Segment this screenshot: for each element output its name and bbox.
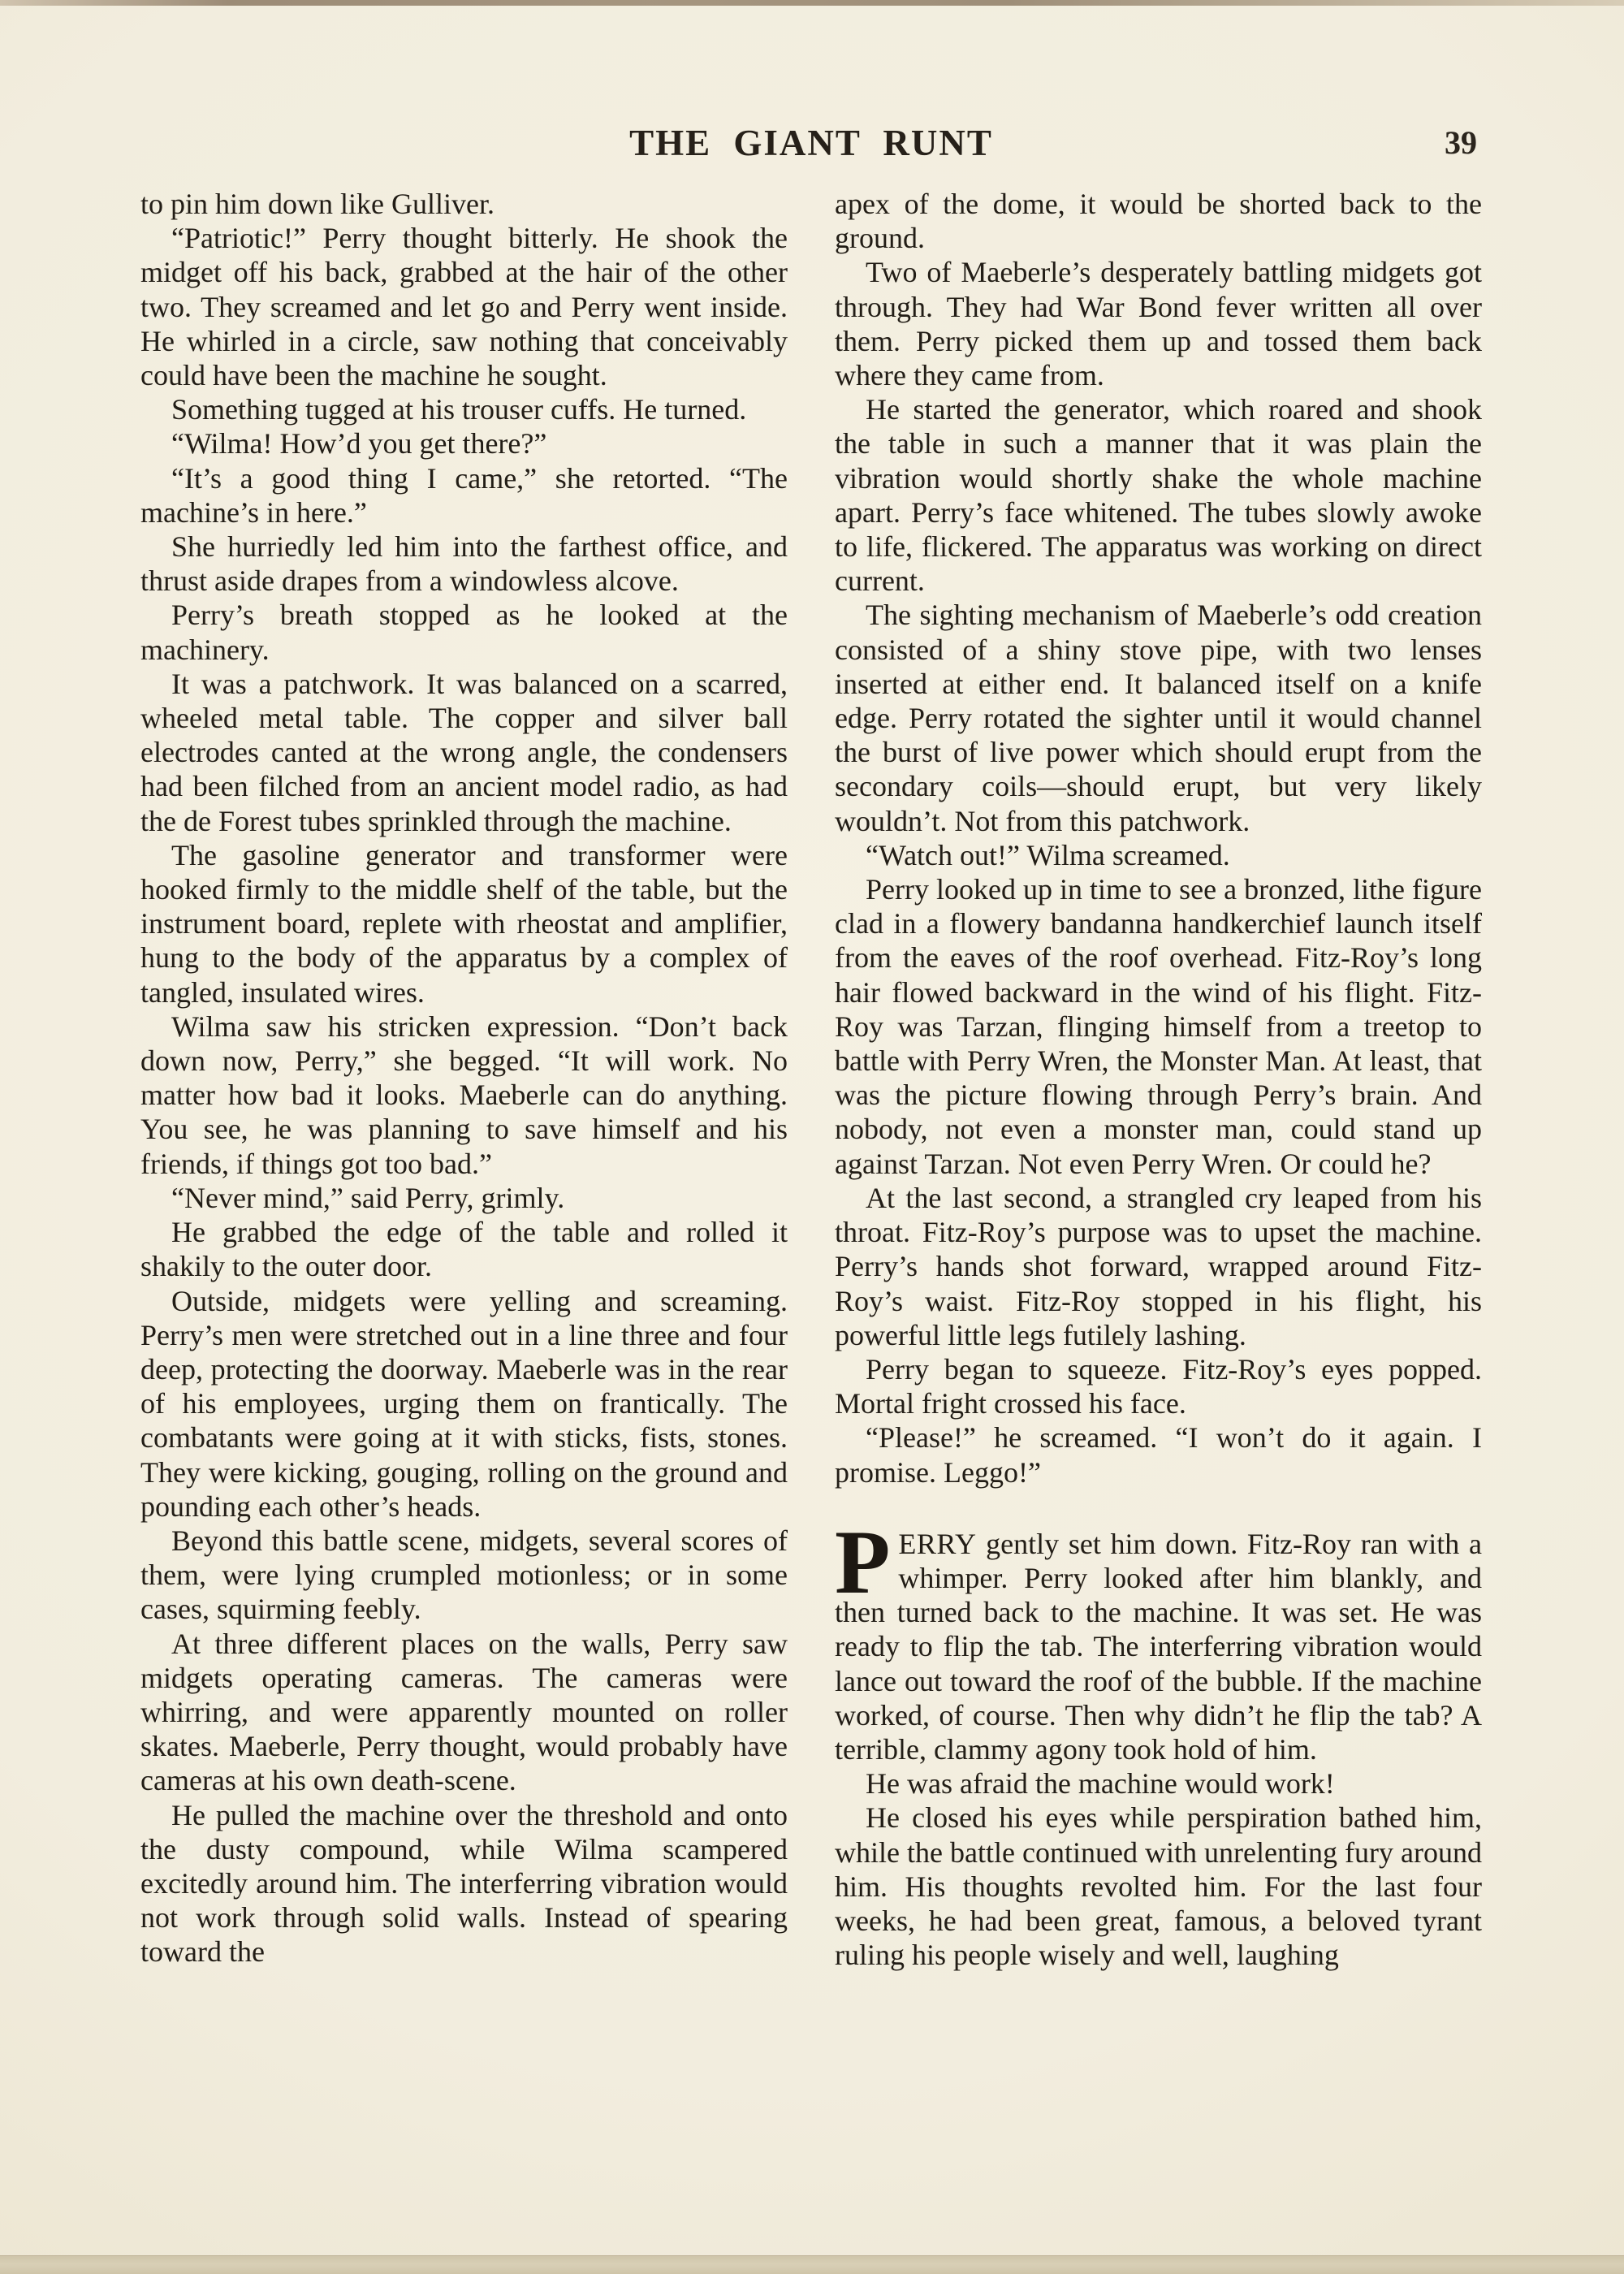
paragraph: At the last second, a strangled cry leap… <box>835 1181 1482 1352</box>
paragraph: Perry began to squeeze. Fitz-Roy’s eyes … <box>835 1352 1482 1420</box>
page-content: THE GIANT RUNT 39 to pin him down like G… <box>140 122 1482 1972</box>
paragraph: Perry looked up in time to see a bronzed… <box>835 872 1482 1181</box>
paragraph: He was afraid the machine would work! <box>835 1766 1482 1801</box>
paragraph: PERRY gently set him down. Fitz-Roy ran … <box>835 1527 1482 1766</box>
paragraph: She hurriedly led him into the farthest … <box>140 530 788 598</box>
magazine-page: THE GIANT RUNT 39 to pin him down like G… <box>0 0 1624 2274</box>
paragraph: to pin him down like Gulliver. <box>140 187 788 221</box>
paragraph: Outside, midgets were yelling and scream… <box>140 1284 788 1524</box>
page-title: THE GIANT RUNT <box>140 122 1482 164</box>
paragraph: Two of Maeberle’s desperately battling m… <box>835 255 1482 392</box>
paragraph: Perry’s breath stopped as he looked at t… <box>140 598 788 666</box>
column-right: apex of the dome, it would be shorted ba… <box>835 187 1482 1972</box>
paragraph: “Patriotic!” Perry thought bitterly. He … <box>140 221 788 392</box>
paragraph: He closed his eyes while perspiration ba… <box>835 1801 1482 1972</box>
paragraph: He grabbed the edge of the table and rol… <box>140 1215 788 1283</box>
paragraph: At three different places on the walls, … <box>140 1627 788 1798</box>
scan-edge-bottom <box>0 2255 1624 2274</box>
paragraph: Wilma saw his stricken expression. “Don’… <box>140 1009 788 1181</box>
lead-caps: ERRY <box>898 1528 976 1560</box>
paragraph: “Wilma! How’d you get there?” <box>140 426 788 460</box>
text-columns: to pin him down like Gulliver.“Patriotic… <box>140 187 1482 1972</box>
paragraph: Something tugged at his trouser cuffs. H… <box>140 392 788 426</box>
scan-edge-top <box>0 0 1624 6</box>
paragraph: It was a patchwork. It was balanced on a… <box>140 667 788 838</box>
page-number: 39 <box>1445 123 1477 162</box>
paragraph: “Please!” he screamed. “I won’t do it ag… <box>835 1420 1482 1489</box>
paragraph: apex of the dome, it would be shorted ba… <box>835 187 1482 255</box>
paragraph: “Never mind,” said Perry, grimly. <box>140 1181 788 1215</box>
running-head: THE GIANT RUNT 39 <box>140 122 1482 164</box>
column-left: to pin him down like Gulliver.“Patriotic… <box>140 187 788 1972</box>
paragraph-text: gently set him down. Fitz-Roy ran with a… <box>835 1528 1482 1766</box>
drop-cap-letter: P <box>835 1527 898 1595</box>
paragraph: Beyond this battle scene, midgets, sever… <box>140 1524 788 1627</box>
paragraph: He started the generator, which roared a… <box>835 392 1482 598</box>
paragraph: The gasoline generator and transformer w… <box>140 838 788 1009</box>
paragraph: “Watch out!” Wilma screamed. <box>835 838 1482 872</box>
paragraph: He pulled the machine over the threshold… <box>140 1798 788 1969</box>
paragraph: The sighting mechanism of Maeberle’s odd… <box>835 598 1482 837</box>
paragraph: “It’s a good thing I came,” she retorted… <box>140 461 788 530</box>
